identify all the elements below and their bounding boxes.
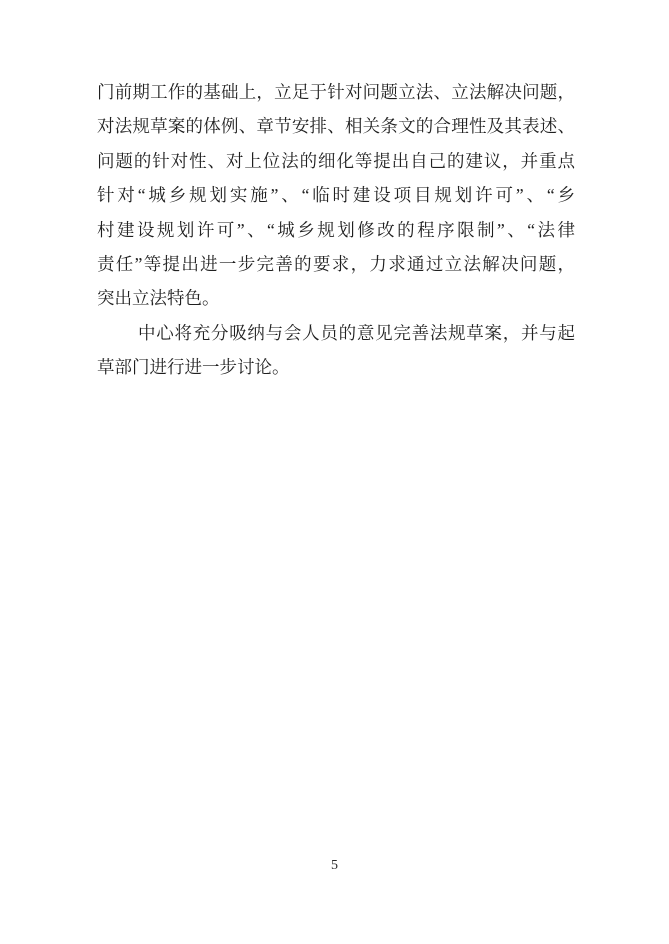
paragraph2-line2: 草部门进行进一步讨论。 (97, 350, 575, 384)
body-text: 门前期工作的基础上，立足于针对问题立法、立法解决问题， 对法规草案的体例、章节安… (97, 75, 575, 385)
paragraph1-line6: 责任”等提出进一步完善的要求，力求通过立法解决问题， (97, 247, 575, 281)
paragraph2-line1: 中心将充分吸纳与会人员的意见完善法规草案，并与起 (97, 316, 575, 350)
page-number: 5 (0, 858, 669, 874)
paragraph1-line5: 村建设规划许可”、“城乡规划修改的程序限制”、“法律 (97, 213, 575, 247)
paragraph1-line2: 对法规草案的体例、章节安排、相关条文的合理性及其表述、 (97, 109, 575, 143)
document-page: 门前期工作的基础上，立足于针对问题立法、立法解决问题， 对法规草案的体例、章节安… (0, 0, 669, 944)
paragraph1-line4: 针对“城乡规划实施”、“临时建设项目规划许可”、“乡 (97, 178, 575, 212)
paragraph1-line1: 门前期工作的基础上，立足于针对问题立法、立法解决问题， (97, 75, 575, 109)
paragraph1-line3: 问题的针对性、对上位法的细化等提出自己的建议，并重点 (97, 144, 575, 178)
paragraph1-line7: 突出立法特色。 (97, 281, 575, 315)
